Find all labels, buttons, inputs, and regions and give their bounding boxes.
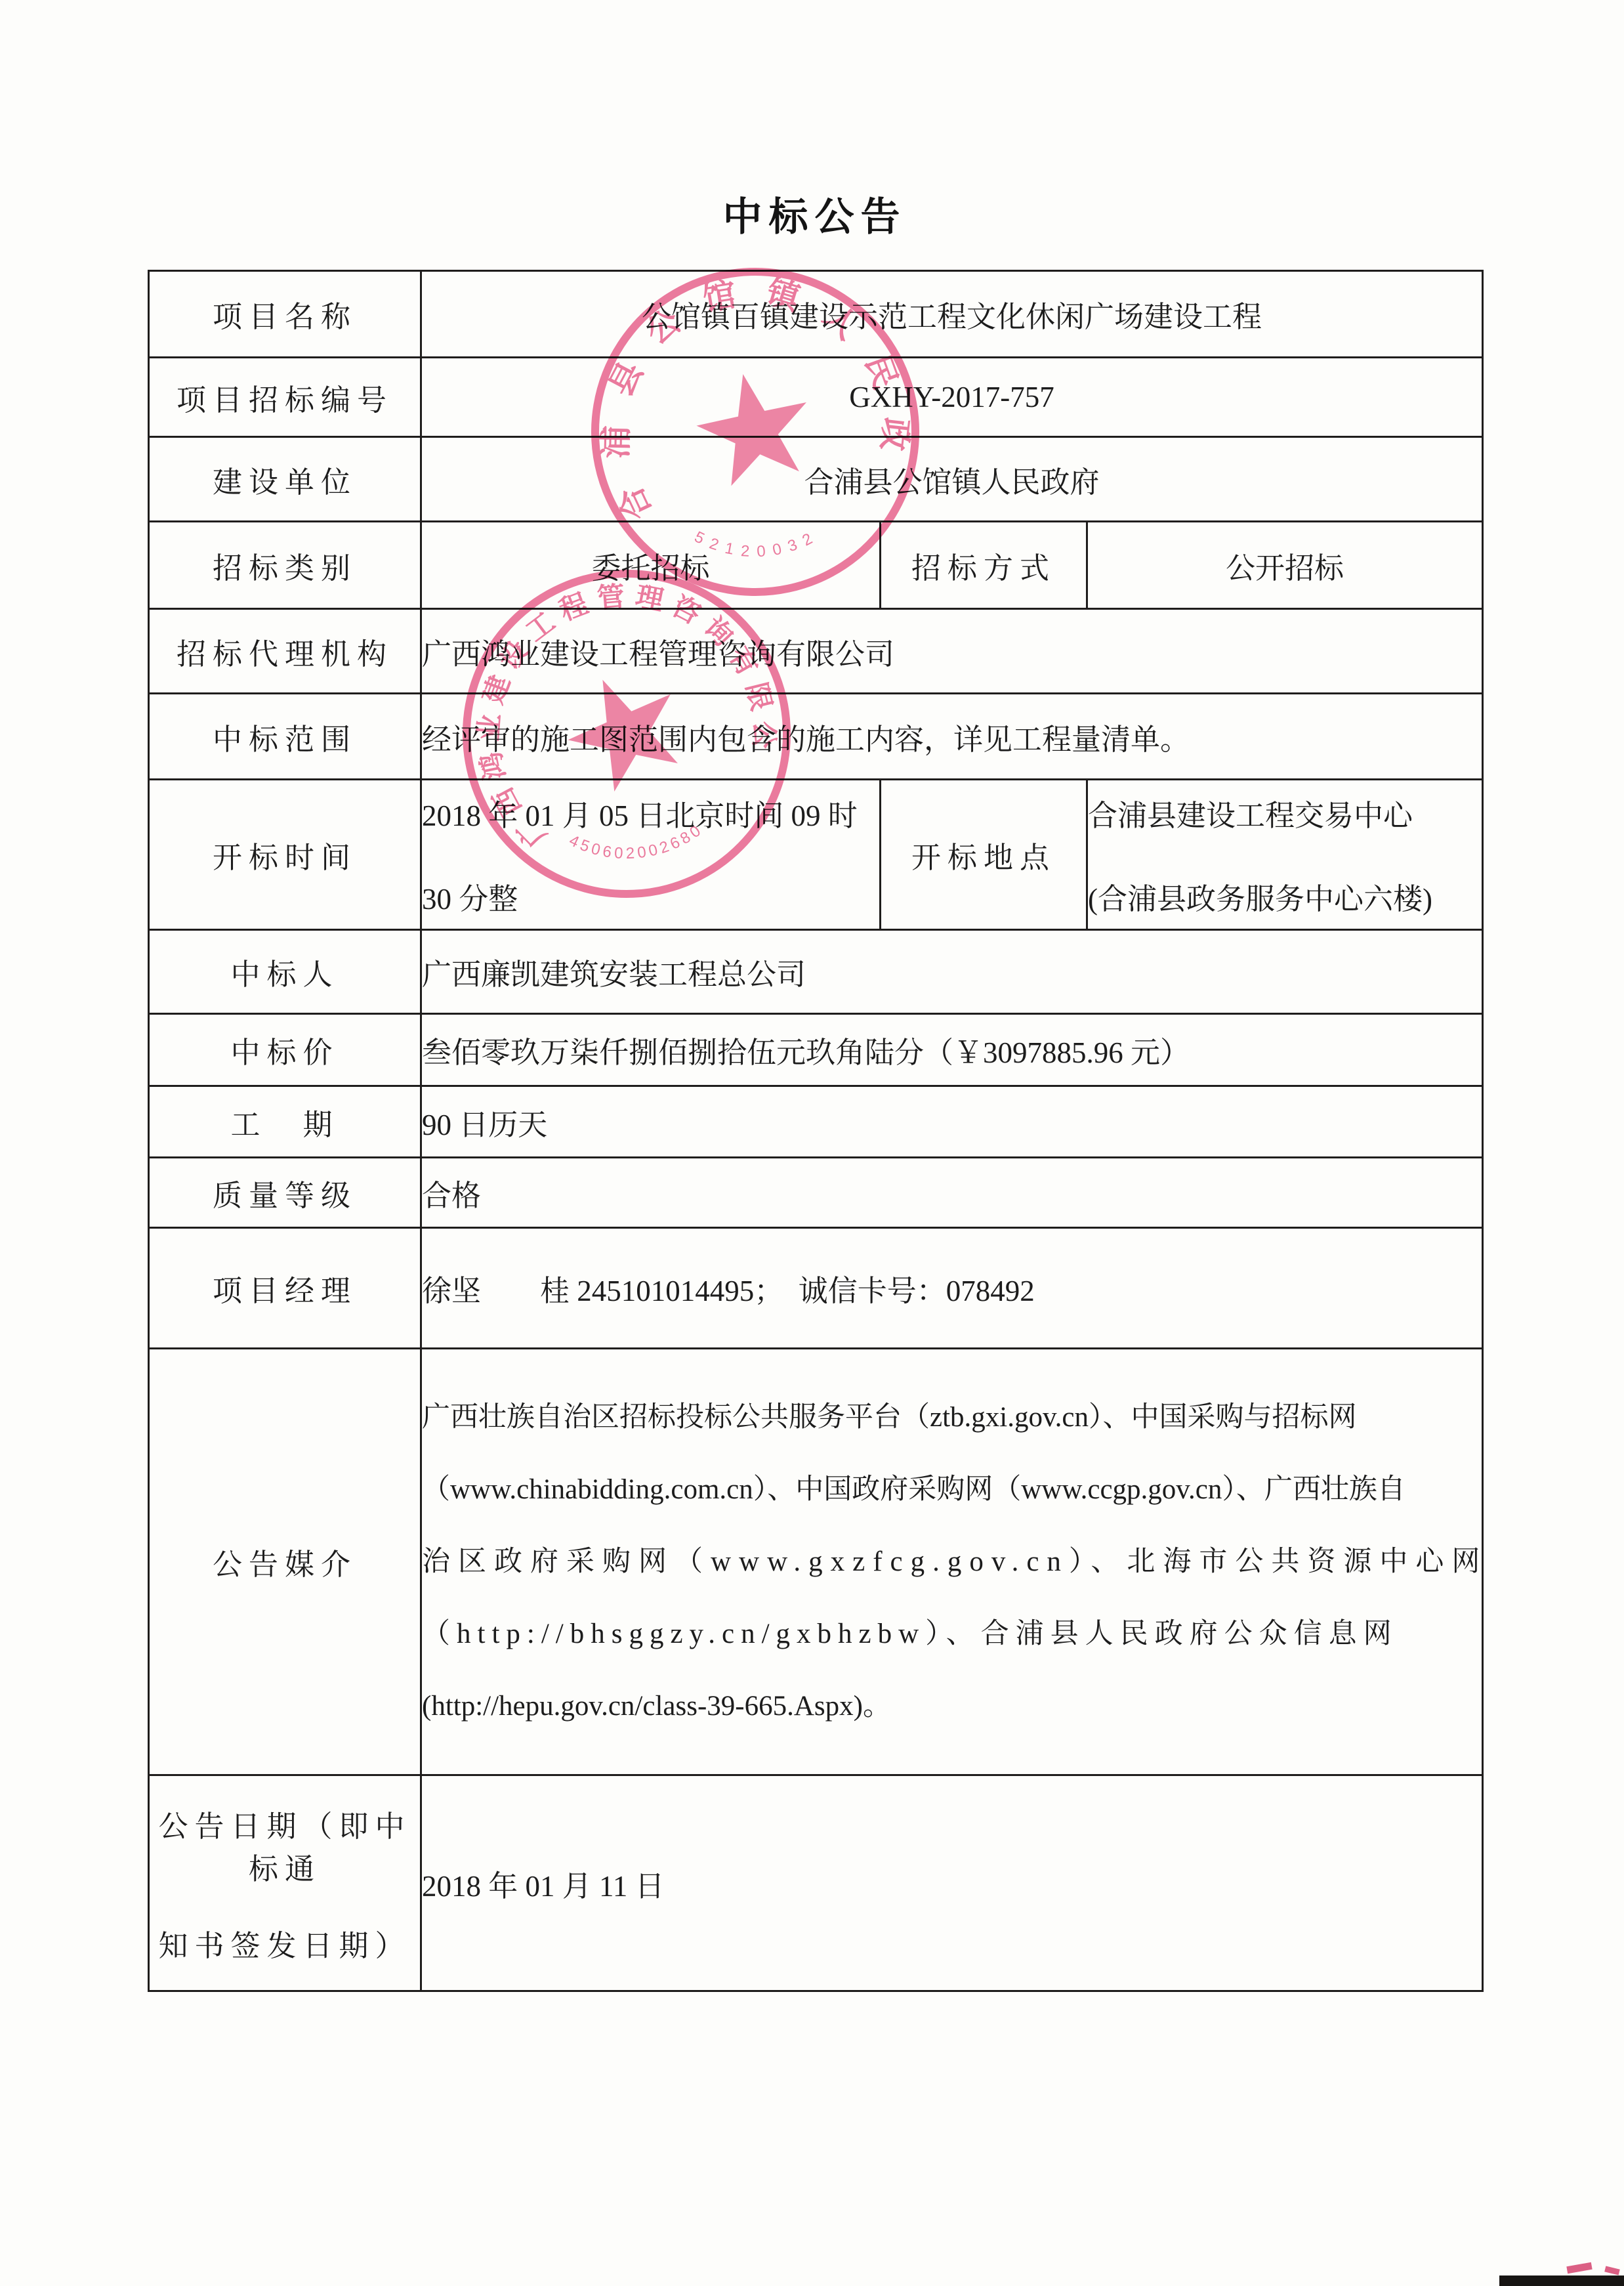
agency-value: 广西鸿业建设工程管理咨询有限公司 (421, 609, 1483, 694)
price-value: 叁佰零玖万柒仟捌佰捌拾伍元玖角陆分（￥3097885.96 元） (421, 1014, 1483, 1086)
table-row-construction-unit: 建设单位 合浦县公馆镇人民政府 (149, 437, 1483, 522)
table-row-duration: 工 期 90 日历天 (149, 1086, 1483, 1158)
announce-date-value: 2018 年 01 月 11 日 (421, 1775, 1483, 1991)
media-line-4: （http://bhsggzy.cn/gxbhzbw）、合浦县人民政府公众信息网 (422, 1598, 1482, 1670)
scope-value: 经评审的施工图范围内包含的施工内容，详见工程量清单。 (421, 694, 1483, 780)
bid-method-value: 公开招标 (1087, 522, 1483, 609)
red-ink-smudge (1604, 2266, 1620, 2275)
scan-edge-artifact (1499, 2275, 1624, 2286)
bid-method-label: 招标方式 (881, 522, 1087, 609)
opening-time-value: 2018 年 01 月 05 日北京时间 09 时 30 分整 (421, 780, 881, 930)
announce-date-label-line2: 知书签发日期） (158, 1922, 411, 1964)
media-line-5: (http://hepu.gov.cn/class-39-665.Aspx)。 (422, 1670, 1482, 1743)
winner-label: 中标人 (149, 930, 421, 1014)
media-line-1: 广西壮族自治区招标投标公共服务平台（ztb.gxi.gov.cn）、中国采购与招… (422, 1382, 1482, 1454)
winner-value: 广西廉凯建筑安装工程总公司 (421, 930, 1483, 1014)
media-line-2: （www.chinabidding.com.cn）、中国政府采购网（www.cc… (422, 1454, 1482, 1526)
manager-label: 项目经理 (149, 1228, 421, 1349)
quality-value: 合格 (421, 1158, 1483, 1228)
opening-place-line2: (合浦县政务服务中心六楼) (1088, 875, 1482, 918)
table-row-media: 公告媒介 广西壮族自治区招标投标公共服务平台（ztb.gxi.gov.cn）、中… (149, 1349, 1483, 1775)
opening-time-line1: 2018 年 01 月 05 日北京时间 09 时 (422, 792, 879, 834)
announce-date-label: 公告日期（即中标通 知书签发日期） (149, 1775, 421, 1991)
duration-value: 90 日历天 (421, 1086, 1483, 1158)
red-ink-smudge (1566, 2262, 1592, 2274)
award-table: 项目名称 公馆镇百镇建设示范工程文化休闲广场建设工程 项目招标编号 GXHY-2… (148, 270, 1484, 1992)
table-row-scope: 中标范围 经评审的施工图范围内包含的施工内容，详见工程量清单。 (149, 694, 1483, 780)
table-row-winner: 中标人 广西廉凯建筑安装工程总公司 (149, 930, 1483, 1014)
announce-date-label-line1: 公告日期（即中标通 (150, 1802, 420, 1888)
price-label: 中标价 (149, 1014, 421, 1086)
manager-value: 徐坚 桂 245101014495； 诚信卡号：078492 (421, 1228, 1483, 1349)
project-name-value: 公馆镇百镇建设示范工程文化休闲广场建设工程 (421, 271, 1483, 358)
bid-number-label: 项目招标编号 (149, 358, 421, 437)
media-line-3: 治区政府采购网（www.gxzfcg.gov.cn）、北海市公共资源中心网站 (422, 1526, 1482, 1598)
construction-unit-label: 建设单位 (149, 437, 421, 522)
table-row-announce-date: 公告日期（即中标通 知书签发日期） 2018 年 01 月 11 日 (149, 1775, 1483, 1991)
table-row-bid-category: 招标类别 委托招标 招标方式 公开招标 (149, 522, 1483, 609)
table-row-quality: 质量等级 合格 (149, 1158, 1483, 1228)
opening-time-label: 开标时间 (149, 780, 421, 930)
table-row-manager: 项目经理 徐坚 桂 245101014495； 诚信卡号：078492 (149, 1228, 1483, 1349)
page-title: 中标公告 (148, 186, 1482, 242)
bid-number-value: GXHY-2017-757 (421, 358, 1483, 437)
media-label: 公告媒介 (149, 1349, 421, 1775)
bid-category-label: 招标类别 (149, 522, 421, 609)
project-name-label: 项目名称 (149, 271, 421, 358)
table-row-agency: 招标代理机构 广西鸿业建设工程管理咨询有限公司 (149, 609, 1483, 694)
table-row-project-name: 项目名称 公馆镇百镇建设示范工程文化休闲广场建设工程 (149, 271, 1483, 358)
quality-label: 质量等级 (149, 1158, 421, 1228)
table-row-bid-number: 项目招标编号 GXHY-2017-757 (149, 358, 1483, 437)
opening-time-line2: 30 分整 (422, 875, 879, 918)
opening-place-line1: 合浦县建设工程交易中心 (1088, 792, 1482, 834)
media-value: 广西壮族自治区招标投标公共服务平台（ztb.gxi.gov.cn）、中国采购与招… (421, 1349, 1483, 1775)
table-row-opening: 开标时间 2018 年 01 月 05 日北京时间 09 时 30 分整 开标地… (149, 780, 1483, 930)
scope-label: 中标范围 (149, 694, 421, 780)
duration-label: 工 期 (149, 1086, 421, 1158)
agency-label: 招标代理机构 (149, 609, 421, 694)
scanned-document-page: 中标公告 项目名称 公馆镇百镇建设示范工程文化休闲广场建设工程 项目招标编号 G… (0, 0, 1624, 2286)
opening-place-value: 合浦县建设工程交易中心 (合浦县政务服务中心六楼) (1087, 780, 1483, 930)
bid-category-value: 委托招标 (421, 522, 881, 609)
opening-place-label: 开标地点 (881, 780, 1087, 930)
table-row-price: 中标价 叁佰零玖万柒仟捌佰捌拾伍元玖角陆分（￥3097885.96 元） (149, 1014, 1483, 1086)
construction-unit-value: 合浦县公馆镇人民政府 (421, 437, 1483, 522)
